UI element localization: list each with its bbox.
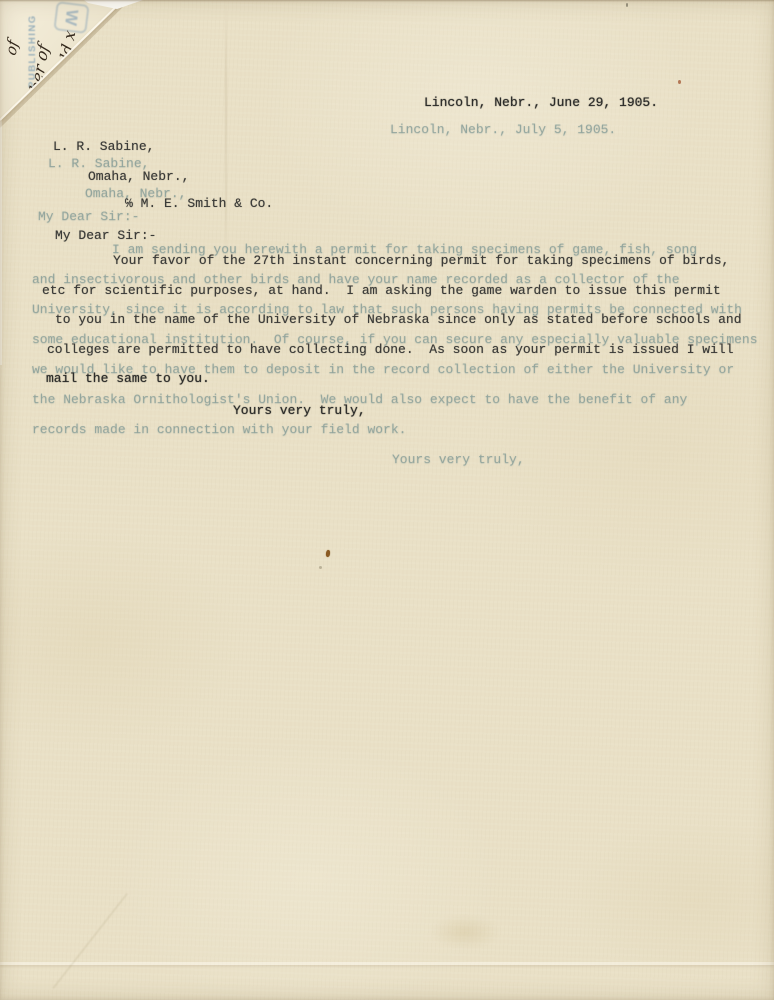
paper-stain [430, 915, 500, 949]
stamp-monogram-letter: W [61, 8, 82, 26]
folded-corner: W PUBLISHING not told x number of of [0, 0, 180, 150]
scanned-letter-page: Lincoln, Nebr., July 5, 1905. L. R. Sabi… [0, 0, 774, 1000]
paper-speck [678, 80, 681, 84]
letter-dateline: Lincoln, Nebr., June 29, 1905. [424, 96, 658, 109]
letter-care-of: ℅ M. E. Smith & Co. [125, 197, 273, 210]
ink-speck [326, 550, 331, 557]
letter-body-line: etc for scientific purposes, at hand. I … [42, 284, 721, 297]
vertical-crease [225, 0, 227, 265]
stamp-monogram: W [53, 1, 89, 34]
ghost-body-line: records made in connection with your fie… [32, 423, 406, 436]
ghost-closing: Yours very truly, [392, 453, 525, 466]
handwriting-fragment: of [2, 38, 22, 58]
ghost-salutation: My Dear Sir:- [38, 210, 139, 223]
ghost-dateline: Lincoln, Nebr., July 5, 1905. [390, 123, 616, 136]
letter-closing: Yours very truly, [233, 404, 366, 417]
horizontal-crease [0, 962, 774, 965]
diagonal-crease [52, 893, 127, 988]
letter-body-line: mail the same to you. [46, 372, 210, 385]
paper-speck [319, 566, 322, 569]
letter-body-line: colleges are permitted to have collectin… [47, 343, 734, 356]
letter-body-line: Your favor of the 27th instant concernin… [113, 254, 729, 267]
letter-recipient-city: Omaha, Nebr., [88, 170, 189, 183]
paper-speck [626, 3, 628, 7]
letter-salutation: My Dear Sir:- [55, 229, 156, 242]
letter-body-line: to you in the name of the University of … [55, 313, 742, 326]
